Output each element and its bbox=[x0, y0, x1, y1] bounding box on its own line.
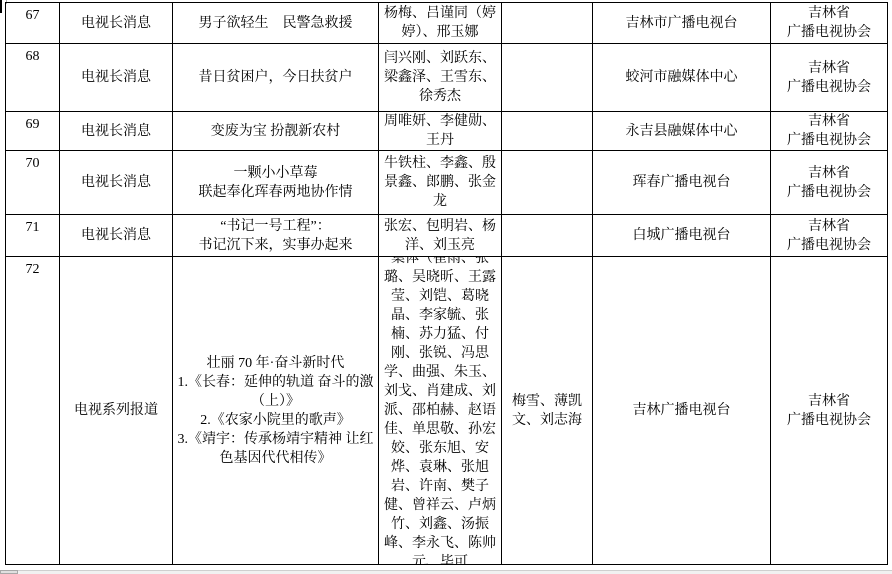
organization-cell: 珲春广播电视台 bbox=[593, 151, 771, 215]
title-cell: 一颗小小草莓 联起奉化珲春两地协作情 bbox=[173, 151, 379, 215]
title-cell: “书记一号工程”： 书记沉下来，实事办起来 bbox=[173, 215, 379, 257]
creators-cell: 周唯妍、李健勋、王丹 bbox=[379, 112, 502, 151]
row-number-cell: 67 bbox=[6, 3, 60, 44]
creators-cell: 杨梅、吕谨同（婷婷）、邢玉娜 bbox=[379, 3, 502, 44]
organization-cell: 蛟河市融媒体中心 bbox=[593, 44, 771, 112]
table-row: 72电视系列报道壮丽 70 年·奋斗新时代 1.《长春：延伸的轨道 奋斗的激（上… bbox=[6, 257, 888, 565]
organization-cell: 吉林广播电视台 bbox=[593, 257, 771, 565]
association-cell: 吉林省 广播电视协会 bbox=[771, 44, 888, 112]
credits-cell bbox=[502, 3, 593, 44]
horizontal-scrollbar-thumb[interactable] bbox=[0, 570, 18, 574]
association-cell: 吉林省 广播电视协会 bbox=[771, 151, 888, 215]
row-number-cell: 70 bbox=[6, 151, 60, 215]
row-number-cell: 69 bbox=[6, 112, 60, 151]
association-cell: 吉林省 广播电视协会 bbox=[771, 112, 888, 151]
table-row: 70电视长消息一颗小小草莓 联起奉化珲春两地协作情牛铁柱、李鑫、殷景鑫、郎鹏、张… bbox=[6, 151, 888, 215]
category-cell: 电视长消息 bbox=[60, 151, 173, 215]
creators-cell: 闫兴刚、刘跃东、梁鑫泽、王雪东、徐秀杰 bbox=[379, 44, 502, 112]
document-page: 67电视长消息男子欲轻生 民警急救援杨梅、吕谨同（婷婷）、邢玉娜吉林市广播电视台… bbox=[0, 0, 892, 574]
row-number-cell: 68 bbox=[6, 44, 60, 112]
category-cell: 电视长消息 bbox=[60, 215, 173, 257]
table-row: 67电视长消息男子欲轻生 民警急救援杨梅、吕谨同（婷婷）、邢玉娜吉林市广播电视台… bbox=[6, 3, 888, 44]
organization-cell: 永吉县融媒体中心 bbox=[593, 112, 771, 151]
row-number-cell: 72 bbox=[6, 257, 60, 565]
credits-cell bbox=[502, 215, 593, 257]
creators-cell: 张宏、包明岩、杨洋、刘玉亮 bbox=[379, 215, 502, 257]
category-cell: 电视长消息 bbox=[60, 44, 173, 112]
credits-cell bbox=[502, 44, 593, 112]
title-cell: 男子欲轻生 民警急救援 bbox=[173, 3, 379, 44]
title-cell: 变废为宝 扮靓新农村 bbox=[173, 112, 379, 151]
entries-table: 67电视长消息男子欲轻生 民警急救援杨梅、吕谨同（婷婷）、邢玉娜吉林市广播电视台… bbox=[5, 2, 888, 565]
title-cell: 昔日贫困户，今日扶贫户 bbox=[173, 44, 379, 112]
category-cell: 电视长消息 bbox=[60, 3, 173, 44]
category-cell: 电视系列报道 bbox=[60, 257, 173, 565]
creators-cell: 集体（崔雨、张璐、吴晓昕、王露莹、刘铠、葛晓晶、李家毓、张楠、苏力猛、付刚、张锐… bbox=[379, 257, 502, 565]
table-row: 68电视长消息昔日贫困户，今日扶贫户闫兴刚、刘跃东、梁鑫泽、王雪东、徐秀杰蛟河市… bbox=[6, 44, 888, 112]
credits-cell bbox=[502, 112, 593, 151]
row-number-cell: 71 bbox=[6, 215, 60, 257]
cropped-row-border-artifact bbox=[0, 0, 2, 13]
table-row: 71电视长消息“书记一号工程”： 书记沉下来，实事办起来张宏、包明岩、杨洋、刘玉… bbox=[6, 215, 888, 257]
table-row: 69电视长消息变废为宝 扮靓新农村周唯妍、李健勋、王丹永吉县融媒体中心吉林省 广… bbox=[6, 112, 888, 151]
credits-cell: 梅雪、薄凯文、刘志海 bbox=[502, 257, 593, 565]
horizontal-scrollbar-track[interactable] bbox=[0, 570, 892, 574]
association-cell: 吉林省 广播电视协会 bbox=[771, 215, 888, 257]
organization-cell: 吉林市广播电视台 bbox=[593, 3, 771, 44]
title-cell: 壮丽 70 年·奋斗新时代 1.《长春：延伸的轨道 奋斗的激（上）》 2.《农家… bbox=[173, 257, 379, 565]
credits-cell bbox=[502, 151, 593, 215]
category-cell: 电视长消息 bbox=[60, 112, 173, 151]
organization-cell: 白城广播电视台 bbox=[593, 215, 771, 257]
creators-cell: 牛铁柱、李鑫、殷景鑫、郎鹏、张金龙 bbox=[379, 151, 502, 215]
association-cell: 吉林省 广播电视协会 bbox=[771, 3, 888, 44]
association-cell: 吉林省 广播电视协会 bbox=[771, 257, 888, 565]
